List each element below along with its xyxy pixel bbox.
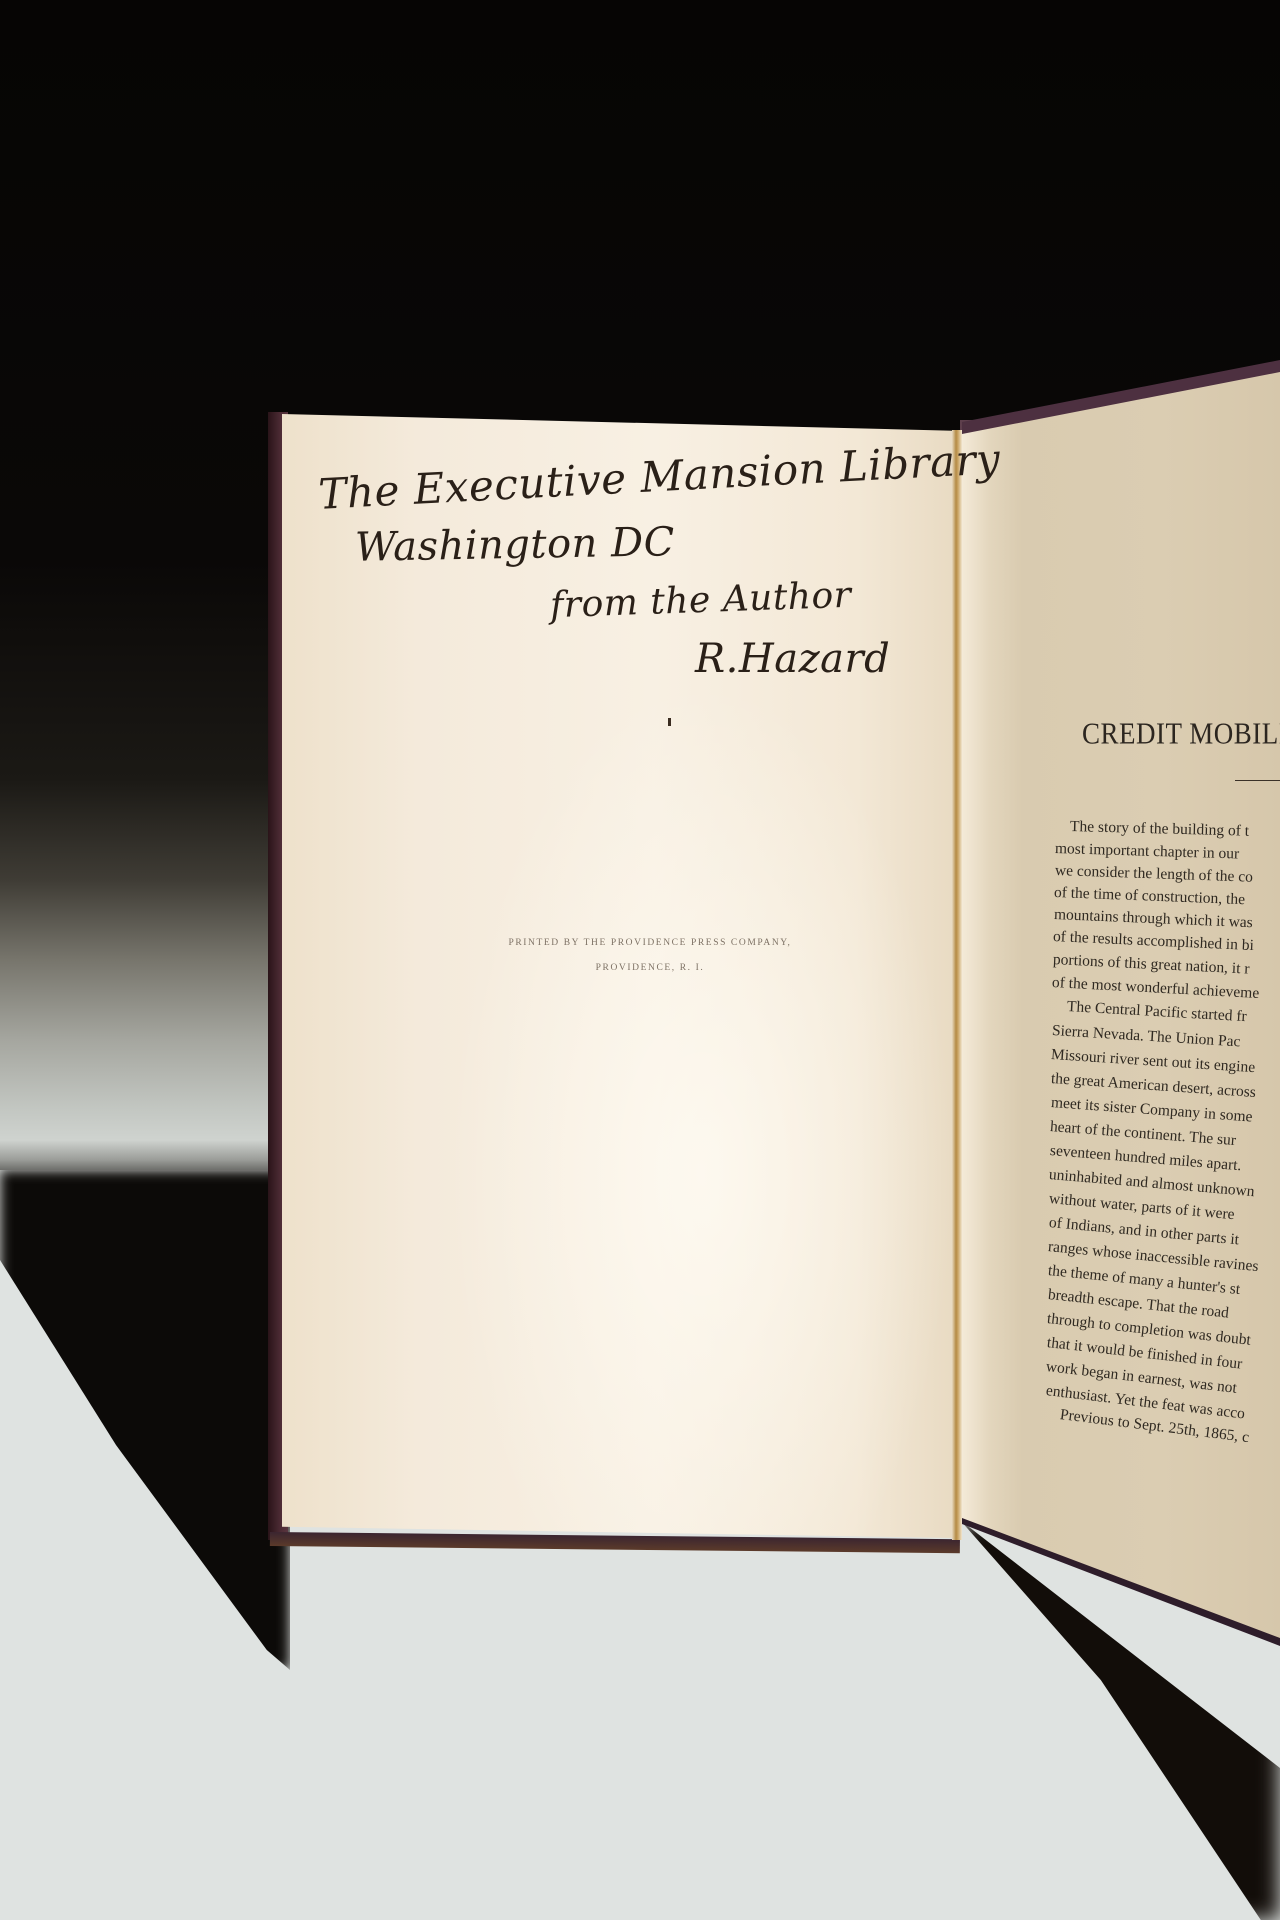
text-line: mountains through which it was xyxy=(1054,906,1253,932)
printer-imprint: PRINTED BY THE PROVIDENCE PRESS COMPANY,… xyxy=(480,938,820,973)
text-line: of the results accomplished in bi xyxy=(1053,928,1255,955)
inscription-line-recipient: The Executive Mansion Library xyxy=(317,434,1001,519)
handwritten-inscription: The Executive Mansion Library Washington… xyxy=(300,440,920,700)
text-line: of the time of construction, the xyxy=(1054,884,1246,909)
inscription-line-from: from the Author xyxy=(549,575,852,626)
author-signature: R.Hazard xyxy=(695,636,890,682)
chapter-heading: CREDIT MOBILIER xyxy=(1082,716,1280,752)
text-line: The Central Pacific started fr xyxy=(1066,998,1247,1026)
photo-scene: The Executive Mansion Library Washington… xyxy=(0,0,1280,1920)
ink-mark xyxy=(668,718,671,726)
heading-rule xyxy=(1235,780,1280,781)
text-line: we consider the length of the co xyxy=(1055,862,1253,887)
text-line: The story of the building of t xyxy=(1070,818,1250,841)
inscription-line-place: Washington DC xyxy=(355,519,676,571)
binding-gutter-thread xyxy=(952,430,962,1540)
right-page-text-block: CREDIT MOBILIER The story of the buildin… xyxy=(1040,700,1280,1460)
imprint-line-city: PROVIDENCE, R. I. xyxy=(480,963,820,973)
text-line: portions of this great nation, it r xyxy=(1053,951,1250,979)
text-line: most important chapter in our xyxy=(1055,840,1240,864)
imprint-line-printer: PRINTED BY THE PROVIDENCE PRESS COMPANY, xyxy=(508,938,791,948)
